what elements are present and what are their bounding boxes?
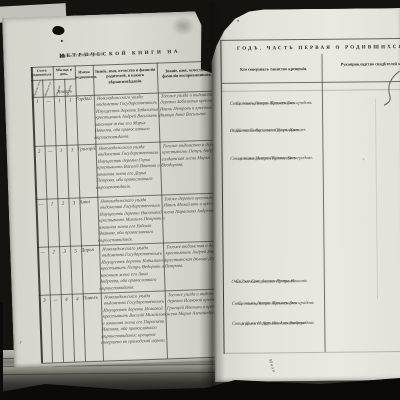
- right-page-title: ГОДЪ. ЧАСТЬ ПЕРВАЯ О РОДИВШИХСЯ.: [233, 45, 400, 52]
- register-row: 3 — 4 4 Павелъ Новоладожскаго уѣзда вѣдо…: [39, 288, 226, 362]
- row-child-name: Павелъ: [83, 296, 102, 302]
- row-parents-text: Новоладожскаго уѣзда вѣдомства Государст…: [98, 196, 167, 243]
- row-day-born: 2: [57, 201, 68, 207]
- header-month-group: Мѣсяцъ и день.: [53, 67, 75, 77]
- row-num-female: 2: [48, 249, 59, 255]
- row-child-name: Дарья: [81, 248, 100, 254]
- row-num-female: —: [50, 297, 61, 303]
- register-row: — 2 3 5 Дарья Новоладожскаго уѣзда вѣдом…: [37, 240, 224, 294]
- row-day-baptized: 1: [67, 147, 78, 153]
- header-count-group: Счетъ родившихся.: [31, 68, 53, 78]
- header-names-col: Имена родившихся.: [75, 70, 93, 80]
- left-page: МЕТРИЧЕСКОЙ КНИГИ НА 18 Пятьдесятъ первы…: [2, 11, 226, 368]
- row-day-born: 4: [61, 297, 72, 303]
- book-gutter-shadow: [199, 2, 225, 386]
- row-num-male: —: [35, 202, 46, 208]
- ink-blot: [52, 25, 66, 36]
- clergy-entry: Священникъ Петръ Ивановъ Виноградовъ съ …: [231, 155, 329, 156]
- clergy-entry: Оный же Священникъ Петръ Ивановъ Съ дьяч…: [232, 278, 330, 279]
- register-row: — 1 2 3 Анна Новоладожскаго уѣзда вѣдомс…: [35, 192, 222, 246]
- ink-speck: [61, 40, 63, 42]
- row-num-male: 3: [39, 298, 50, 304]
- clergy-table: ГОДЪ. ЧАСТЬ ПЕРВАЯ О РОДИВШИХСЯ. Кто сов…: [220, 37, 400, 353]
- row-day-born: 1: [54, 98, 65, 104]
- metrical-book-scan: МЕТРИЧЕСКОЙ КНИГИ НА 18 Пятьдесятъ первы…: [0, 0, 400, 400]
- margin-pen-stroke: [380, 70, 400, 106]
- header-count-male: Мужеска пола.: [31, 81, 43, 97]
- header-witness-col: Рукоприкладство свидѣтелей записи по жел…: [324, 60, 400, 68]
- clergy-entry: Оный же Священникъ Петръ Ивановъ съ Дьяч…: [230, 127, 328, 128]
- row-parents-text: Новоладожскаго уѣзда вѣдомства Государст…: [94, 93, 163, 140]
- table-border-bottom: [225, 350, 400, 353]
- fold-line: [375, 99, 378, 299]
- row-day-baptized: 5: [70, 248, 81, 254]
- row-day-baptized: 4: [72, 296, 83, 302]
- clergy-entry: Священникъ Петръ Ивановъ Виноградовъ Съ …: [232, 300, 330, 301]
- row-day-baptized: 1: [65, 97, 76, 103]
- margin-mark: з: [19, 340, 21, 347]
- clergy-entry: Священникъ Петръ Ивановъ Виноградовъ Съ …: [230, 100, 328, 101]
- register-row: 1 — 1 1 Гордѣй Новоладожскаго уѣзда вѣдо…: [32, 91, 219, 146]
- row-num-male: 1: [32, 99, 43, 105]
- paper-speck: [363, 158, 365, 160]
- row-day-baptized: 3: [68, 200, 79, 206]
- title-year-handwritten: Пятьдесятъ первый: [59, 52, 103, 59]
- left-edge-shadow: [0, 302, 3, 400]
- row-num-male: 2: [34, 149, 45, 155]
- birth-register-table: Счетъ родившихся. Мѣсяцъ и день. Мужеска…: [31, 61, 226, 363]
- row-child-name: Гордѣй: [76, 97, 95, 103]
- register-row: 2 — 1 1 Григорій Новоладожскаго уѣзда вѣ…: [33, 140, 220, 199]
- paper-stain: [166, 12, 200, 40]
- header-parents-col: Званіе, имя, отчество и фамилія родителе…: [94, 67, 157, 85]
- row-parents-text: Новоладожскаго уѣзда вѣдомства Государст…: [101, 292, 171, 346]
- header-double-rule: [222, 88, 400, 91]
- row-day-born: 3: [59, 249, 70, 255]
- col-rule: [321, 54, 325, 352]
- row-child-name: Анна: [79, 200, 98, 206]
- row-num-female: —: [43, 98, 54, 104]
- header-clergy-col: Кто совершалъ таинство крещенія.: [226, 66, 322, 72]
- pen-flourish: Мили: [267, 358, 281, 385]
- right-page: ГОДЪ. ЧАСТЬ ПЕРВАЯ О РОДИВШИХСЯ. Кто сов…: [211, 8, 400, 382]
- paper-speck: [237, 20, 239, 22]
- clergy-entry: Священникъ Петръ Ивановъ Виноградовъ и Д…: [232, 320, 330, 321]
- row-parents-text: Новоладожскаго уѣзда вѣдомства Государст…: [96, 143, 165, 190]
- header-bottom-rule: [222, 80, 400, 83]
- row-day-born: 1: [56, 148, 67, 154]
- row-parents-text: Новоладожскаго уѣзда вѣдомства Государст…: [99, 244, 168, 291]
- row-child-name: Григорій: [78, 147, 97, 153]
- row-num-female: 1: [46, 201, 57, 207]
- row-num-male: —: [37, 250, 48, 256]
- row-num-female: —: [45, 148, 56, 154]
